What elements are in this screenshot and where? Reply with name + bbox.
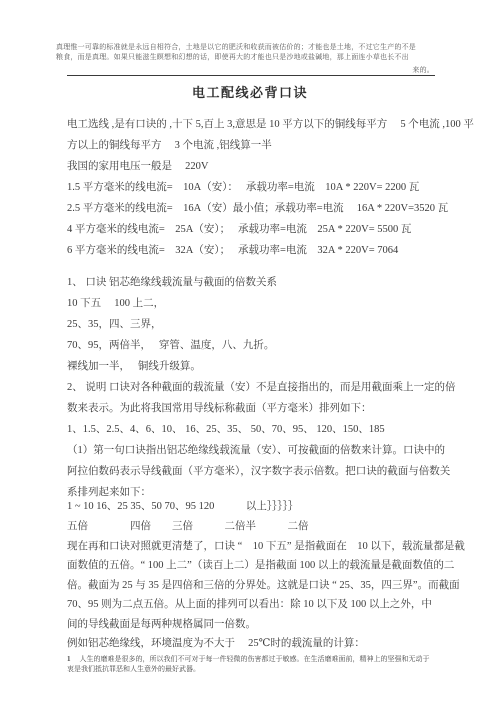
text-line: 面数值的五倍。“ 100 上二”（读百上二）是指截面 100 以上的载流量是截面… xyxy=(67,556,449,576)
text-line: 25、35，四、三界， xyxy=(67,314,449,335)
text-line: 4 平方毫米的线电流= 25A（安）； 承载功率=电流 25A * 220V= … xyxy=(67,219,449,240)
text-line: 2.5 平方毫米的线电流= 16A（安）最小值；承载功率=电流 16A * 22… xyxy=(67,198,449,219)
text-line: 例如铝芯绝缘线，环境温度为不大于 25℃时的载流量的计算： xyxy=(67,634,449,654)
text-line: 1.5 平方毫米的线电流= 10A（安）： 承载功率=电流 10A * 220V… xyxy=(67,177,449,198)
text-line: 五倍 四倍 三倍 二倍半 二倍 xyxy=(67,517,449,537)
text-line: 倍。截面为 25 与 35 是四倍和三倍的分界处。这就是口诀 “ 25、35，四… xyxy=(67,576,449,596)
text-line: 10 下五 100 上二， xyxy=(67,293,449,314)
text-line: （1）第一句口诀指出铝芯绝缘线载流量（安）、可按截面的倍数来计算。口诀中的 xyxy=(67,440,449,461)
text-line: 1、1.5、2.5、4、6、10、 16、25、35、 50、70、95、 12… xyxy=(67,419,449,440)
text-line: 裸线加一半， 铜线升级算。 xyxy=(67,356,449,377)
text-line: 方以上的铜线每平方 3 个电流 ,铝线算一半 xyxy=(67,135,449,156)
text-line: 6 平方毫米的线电流= 32A（安）； 承载功率=电流 32A * 220V= … xyxy=(67,240,449,261)
header-quote-line: 粮食，而是真理。如果只能滋生瞑想和幻想的话，即使再大的才能也只是沙地或盐碱地，那… xyxy=(56,52,436,62)
text-line: 2、 说明 口诀对各种截面的载流量（安）不是直接指出的，而是用截面乘上一定的倍 xyxy=(67,377,449,398)
header-quote-line: 来的。 xyxy=(56,65,436,75)
text-line: 间的导线截面是每两种规格属同一倍数。 xyxy=(67,615,449,635)
page-header-quote: 真理惟一可靠的标准就是永远自相符合，土地是以它的肥沃和收获而被估价的；才能也是土… xyxy=(56,42,436,75)
footnote-text: 人生的磨难是很多的，所以我们不可对于每一件轻微的伤害都过于敏感。在生活磨难面前，… xyxy=(67,655,430,673)
header-quote-line: 真理惟一可靠的标准就是永远自相符合，土地是以它的肥沃和收获而被估价的；才能也是土… xyxy=(56,42,436,52)
document-body: 电工选线 ,是有口诀的 ,十下 5,百上 3,意思是 10 平方以下的铜线每平方… xyxy=(67,114,449,654)
document-page: 真理惟一可靠的标准就是永远自相符合，土地是以它的肥沃和收获而被估价的；才能也是土… xyxy=(0,0,500,708)
footnote-number: 1 xyxy=(67,655,71,663)
text-line: 现在再和口诀对照就更清楚了，口诀 “ 10 下五” 是指截面在 10 以下，载流… xyxy=(67,537,449,557)
footnote: 1人生的磨难是很多的，所以我们不可对于每一件轻微的伤害都过于敏感。在生活磨难面前… xyxy=(67,654,435,674)
text-line: 数来表示。为此将我国常用导线标称截面（平方毫米）排列如下： xyxy=(67,398,449,419)
text-line: 我国的家用电压一般是 220V xyxy=(67,156,449,177)
text-line: 阿拉伯数码表示导线截面（平方毫米），汉字数字表示倍数。把口诀的截面与倍数关 xyxy=(67,461,449,482)
text-line: 70、95 则为二点五倍。从上面的排列可以看出：除 10 以下及 100 以上之… xyxy=(67,595,449,615)
text-line: 电工选线 ,是有口诀的 ,十下 5,百上 3,意思是 10 平方以下的铜线每平方… xyxy=(67,114,449,135)
page-title: 电工配线必背口诀 xyxy=(0,82,500,101)
header-divider xyxy=(67,75,435,76)
text-line: 1 ~ 10 16、25 35、50 70、95 120 以上｝｝｝｝｝ xyxy=(67,496,449,517)
text-line: 70、95，两倍半， 穿管、温度，八、九折。 xyxy=(67,335,449,356)
text-line: 1、 口诀 铝芯绝缘线载流量与截面的倍数关系 xyxy=(67,272,449,293)
